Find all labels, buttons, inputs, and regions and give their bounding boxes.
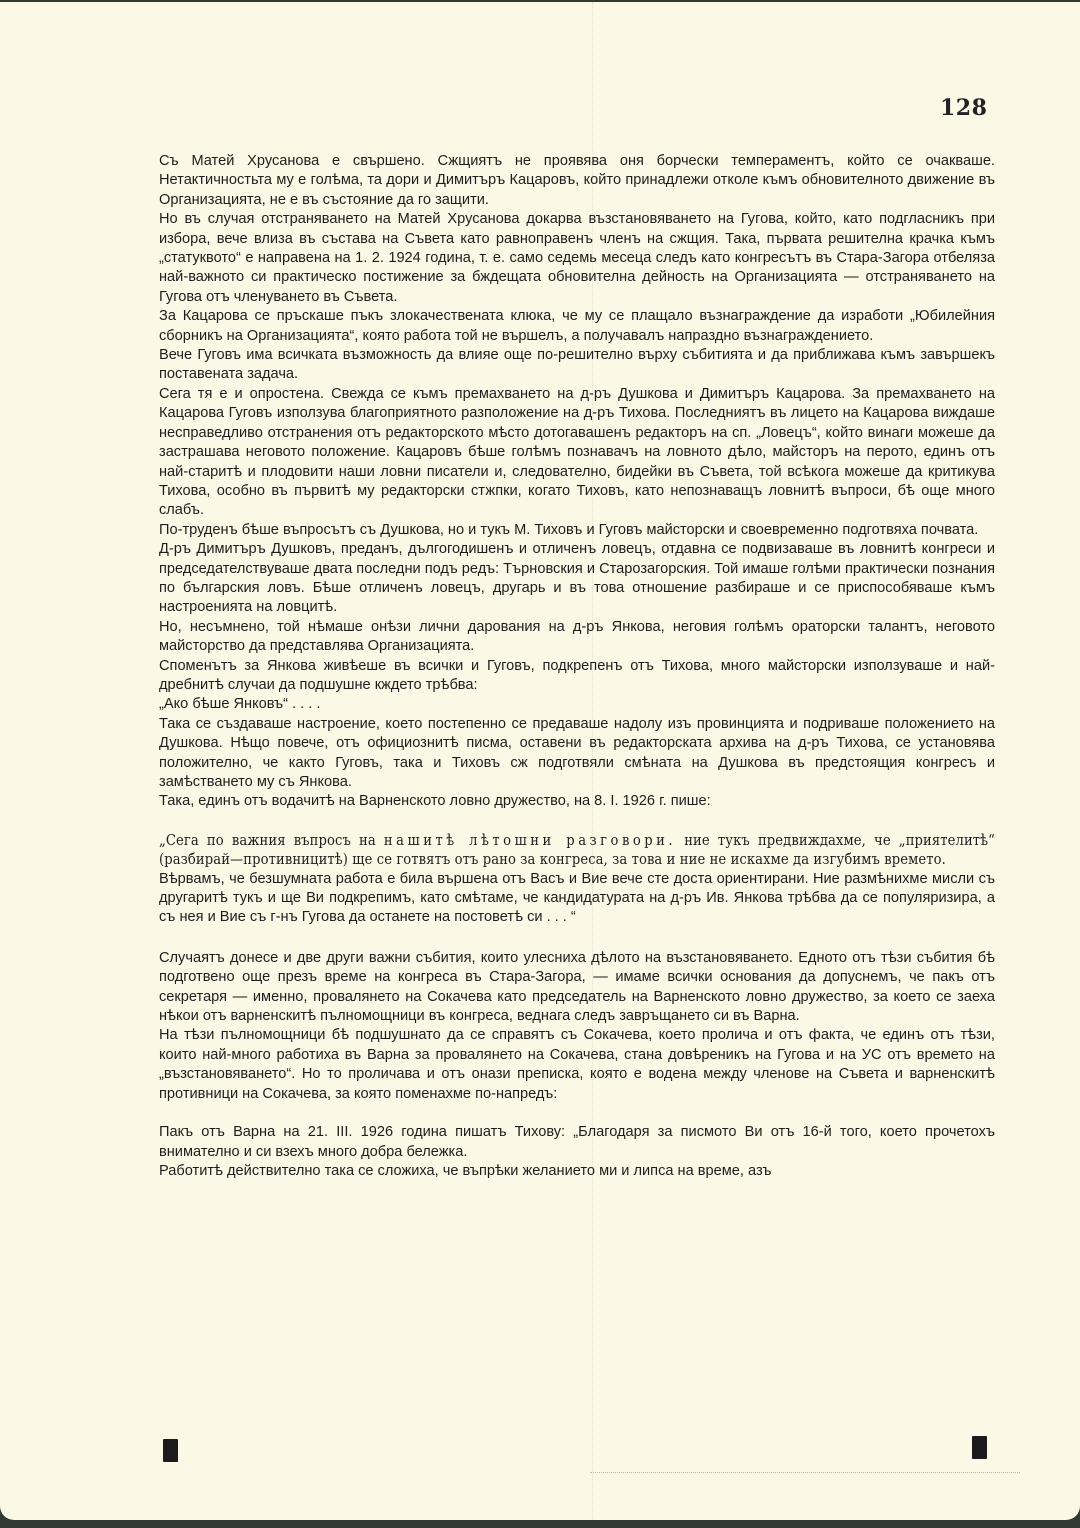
registration-mark-right [972, 1436, 987, 1459]
paragraph: За Кацарова се пръскаше пъкъ злокачестве… [159, 307, 995, 346]
paragraph: Съ Матей Хрусанова е свършено. Сжщиятъ н… [159, 152, 995, 210]
paragraph: Пакъ отъ Варна на 21. III. 1926 година п… [159, 1123, 995, 1162]
paragraph: Така се създаваше настроение, което пост… [159, 715, 995, 793]
paragraph: Сега тя е и опростена. Свежда се къмъ пр… [159, 385, 995, 521]
document-page: 128 Съ Матей Хрусанова е свършено. Сжщия… [0, 2, 1080, 1520]
paragraph: По-труденъ бѣше въпросътъ съ Душкова, но… [159, 521, 995, 540]
paragraph: Работитѣ действително така се сложиха, ч… [159, 1162, 995, 1181]
paragraph: Вече Гуговъ има всичката възможность да … [159, 346, 995, 385]
registration-mark-left [163, 1439, 178, 1462]
quoted-letter: „Сега по важния въпросъ на нашитѣ лѣтошн… [159, 831, 995, 870]
body-text: Съ Матей Хрусанова е свършено. Сжщиятъ н… [159, 152, 995, 1181]
paragraph: „Ако бѣше Янковъ“ . . . . [159, 695, 995, 714]
paragraph: Така, единъ отъ водачитѣ на Варненското … [159, 792, 995, 811]
quote-spaced-emphasis: нашитѣ лѣтошни разговори. [384, 832, 676, 849]
quoted-letter-continued: Вѣрвамъ, че безшумната работа е била вър… [159, 870, 995, 928]
paragraph: На тѣзи пълномощници бѣ подшушнато да се… [159, 1026, 995, 1104]
page-number: 128 [940, 95, 987, 121]
fold-line [590, 1472, 1020, 1473]
paragraph: Случаятъ донесе и две други важни събити… [159, 949, 995, 1027]
paragraph: Споменътъ за Янкова живѣеше въ всички и … [159, 657, 995, 696]
quote-lead: „Сега по важния въпросъ на [159, 832, 384, 849]
paragraph: Но, несъмнено, той нѣмаше онѣзи лични да… [159, 618, 995, 657]
paragraph: Но въ случая отстраняването на Матей Хру… [159, 210, 995, 307]
paragraph: Д-ръ Димитъръ Душковъ, преданъ, дългогод… [159, 540, 995, 618]
